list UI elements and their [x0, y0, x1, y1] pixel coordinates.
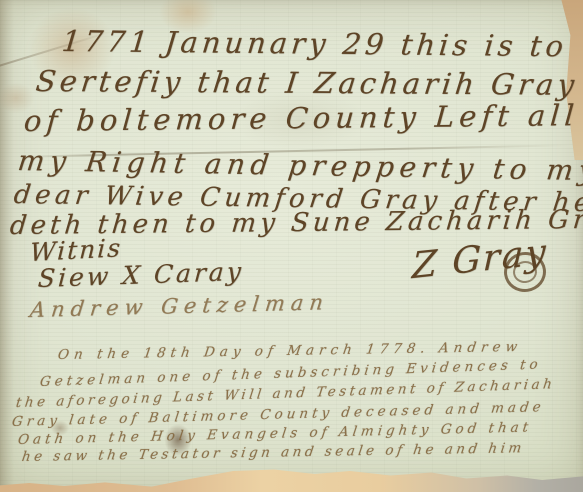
document-scan: 1771 Janunary 29 this is to Sertefiy tha…: [0, 0, 583, 492]
body-line-1: 1771 Janunary 29 this is to: [60, 24, 568, 63]
body-line-2: Sertefiy that I Zacharih Gray: [34, 64, 580, 102]
seal-inner-ring: [512, 259, 539, 284]
body-line-3: of boltemore County Left all: [23, 98, 580, 138]
